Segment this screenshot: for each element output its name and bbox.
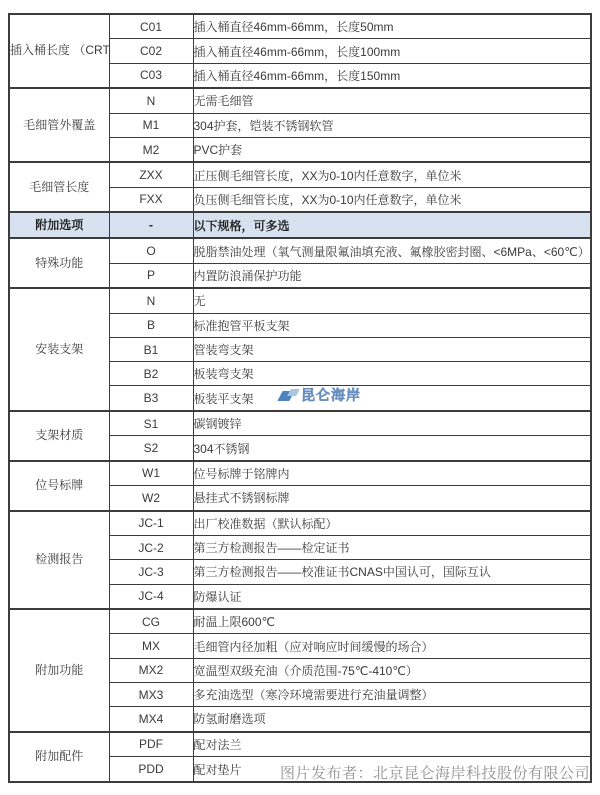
code-cell: MX2 — [109, 658, 193, 682]
code-cell: P — [109, 263, 193, 288]
spec-table: 插入桶长度 （CRT结构）C01插入桶直径46mm-66mm，长度50mmC02… — [8, 13, 592, 783]
table-row: 检测报告JC-1出厂校准数据（默认标配） — [9, 511, 591, 536]
table-row: 附加功能CG耐温上限600℃ — [9, 609, 591, 634]
code-cell: JC-4 — [109, 584, 193, 609]
table-row: 附加选项-以下规格，可多选 — [9, 212, 591, 238]
category-cell: 特殊功能 — [9, 238, 109, 288]
code-cell: JC-3 — [109, 560, 193, 584]
publisher-credit: 图片发布者：北京昆仑海岸科技股份有限公司 — [280, 762, 590, 783]
code-cell: MX3 — [109, 682, 193, 706]
description-cell: 位号标牌于铭牌内 — [193, 461, 591, 486]
category-cell: 附加选项 — [9, 212, 109, 238]
description-cell: 管装弯支架 — [193, 337, 591, 361]
code-cell: W1 — [109, 461, 193, 486]
code-cell: PDD — [109, 757, 193, 782]
description-cell: 防爆认证 — [193, 584, 591, 609]
code-cell: B1 — [109, 337, 193, 361]
table-row: 附加配件PDF配对法兰 — [9, 732, 591, 757]
code-cell: C03 — [109, 63, 193, 88]
code-cell: JC-1 — [109, 511, 193, 536]
description-cell: 脱脂禁油处理（氧气测量限氟油填充液、氟橡胶密封圈、<6MPa、<60℃） — [193, 238, 591, 263]
description-cell: 碳钢镀锌 — [193, 411, 591, 436]
code-cell: ZXX — [109, 162, 193, 187]
category-cell: 毛细管长度 — [9, 162, 109, 212]
code-cell: S2 — [109, 436, 193, 461]
category-cell: 检测报告 — [9, 511, 109, 609]
description-cell: 插入桶直径46mm-66mm，长度150mm — [193, 63, 591, 88]
description-cell: 304不锈钢 — [193, 436, 591, 461]
code-cell: - — [109, 212, 193, 238]
description-cell: 负压侧毛细管长度，XX为0-10内任意数字，单位米 — [193, 187, 591, 212]
code-cell: JC-2 — [109, 536, 193, 560]
table-row: 特殊功能O脱脂禁油处理（氧气测量限氟油填充液、氟橡胶密封圈、<6MPa、<60℃… — [9, 238, 591, 263]
category-cell: 插入桶长度 （CRT结构） — [9, 14, 109, 88]
description-cell: 内置防浪涌保护功能 — [193, 263, 591, 288]
code-cell: B2 — [109, 362, 193, 386]
description-cell: PVC护套 — [193, 137, 591, 162]
spec-sheet-page: 插入桶长度 （CRT结构）C01插入桶直径46mm-66mm，长度50mmC02… — [0, 0, 600, 795]
code-cell: N — [109, 288, 193, 313]
description-cell: 出厂校准数据（默认标配） — [193, 511, 591, 536]
code-cell: C01 — [109, 14, 193, 39]
category-cell: 毛细管外覆盖 — [9, 88, 109, 162]
description-cell: 第三方检测报告——检定证书 — [193, 536, 591, 560]
description-cell: 防氢耐磨选项 — [193, 707, 591, 732]
code-cell: W2 — [109, 486, 193, 511]
code-cell: B — [109, 313, 193, 337]
table-row: 位号标牌W1位号标牌于铭牌内 — [9, 461, 591, 486]
spec-table-body: 插入桶长度 （CRT结构）C01插入桶直径46mm-66mm，长度50mmC02… — [9, 14, 591, 782]
table-row: 插入桶长度 （CRT结构）C01插入桶直径46mm-66mm，长度50mm — [9, 14, 591, 39]
code-cell: S1 — [109, 411, 193, 436]
code-cell: FXX — [109, 187, 193, 212]
description-cell: 板装平支架 — [193, 386, 591, 411]
code-cell: MX — [109, 634, 193, 658]
description-cell: 正压侧毛细管长度，XX为0-10内任意数字，单位米 — [193, 162, 591, 187]
category-cell: 附加配件 — [9, 732, 109, 782]
code-cell: B3 — [109, 386, 193, 411]
description-cell: 无需毛细管 — [193, 88, 591, 113]
category-cell: 位号标牌 — [9, 461, 109, 511]
description-cell: 多充油选型（寒冷环境需要进行充油量调整） — [193, 682, 591, 706]
code-cell: N — [109, 88, 193, 113]
code-cell: CG — [109, 609, 193, 634]
description-cell: 耐温上限600℃ — [193, 609, 591, 634]
description-cell: 插入桶直径46mm-66mm，长度50mm — [193, 14, 591, 39]
description-cell: 304护套，铠装不锈钢软管 — [193, 113, 591, 137]
description-cell: 以下规格，可多选 — [193, 212, 591, 238]
category-cell: 附加功能 — [9, 609, 109, 732]
code-cell: O — [109, 238, 193, 263]
code-cell: M2 — [109, 137, 193, 162]
category-cell: 支架材质 — [9, 411, 109, 461]
description-cell: 宽温型双级充油（介质范围-75℃-410℃） — [193, 658, 591, 682]
code-cell: C02 — [109, 39, 193, 63]
description-cell: 配对法兰 — [193, 732, 591, 757]
table-row: 安装支架N无 — [9, 288, 591, 313]
code-cell: PDF — [109, 732, 193, 757]
description-cell: 标准抱管平板支架 — [193, 313, 591, 337]
description-cell: 悬挂式不锈钢标牌 — [193, 486, 591, 511]
description-cell: 插入桶直径46mm-66mm，长度100mm — [193, 39, 591, 63]
table-row: 毛细管长度ZXX正压侧毛细管长度，XX为0-10内任意数字，单位米 — [9, 162, 591, 187]
description-cell: 毛细管内径加粗（应对响应时间缓慢的场合） — [193, 634, 591, 658]
code-cell: M1 — [109, 113, 193, 137]
category-cell: 安装支架 — [9, 288, 109, 411]
description-cell: 无 — [193, 288, 591, 313]
description-cell: 第三方检测报告——校准证书CNAS中国认可，国际互认 — [193, 560, 591, 584]
code-cell: MX4 — [109, 707, 193, 732]
table-row: 支架材质S1碳钢镀锌 — [9, 411, 591, 436]
description-cell: 板装弯支架 — [193, 362, 591, 386]
table-row: 毛细管外覆盖N无需毛细管 — [9, 88, 591, 113]
